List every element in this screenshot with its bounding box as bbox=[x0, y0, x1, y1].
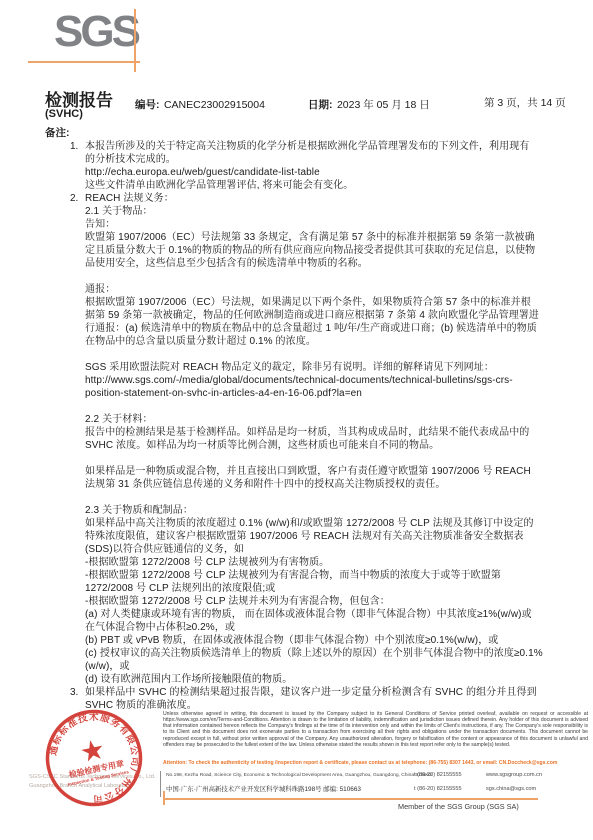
note-item: 3.如果样品中 SVHC 的检测结果超过报告限，建议客户进一步定量分析检测含有 … bbox=[70, 686, 582, 712]
note-line: 在物品中的总含量以质量分数计超过 0.1% 的浓度。 bbox=[85, 335, 582, 348]
note-line: (c) 授权审议的高关注物质候选清单上的物质（除上述以外的原因）在个别非气体混合… bbox=[85, 647, 582, 660]
note-line: position-statement-on-svhc-in-articles-a… bbox=[85, 387, 582, 400]
note-line: 根据欧盟第 1907/2006（EC）号法规，如果满足以下两个条件，如果物质符合… bbox=[85, 296, 582, 309]
note-line: 定且质量分数大于 0.1%的物质的物品的所有供应商应向物品接受者提供其可获取的充… bbox=[85, 244, 582, 257]
phone-number-1: t (86-20) 82155555 bbox=[414, 772, 486, 778]
logo-vertical-line bbox=[134, 9, 136, 72]
report-number-label: 编号: bbox=[135, 99, 160, 111]
note-line: (a) 对人类健康或环境有害的物质， 而在固体或液体混合物（即非气体混合物）中其… bbox=[85, 608, 582, 621]
note-number: 1. bbox=[70, 140, 85, 192]
footer-horizontal-line bbox=[163, 798, 538, 800]
member-text: Member of the SGS Group (SGS SA) bbox=[398, 802, 519, 811]
note-line: 在气体混合物中占体积≥0.2%，或 bbox=[85, 621, 582, 634]
note-line bbox=[85, 270, 582, 283]
note-line: 如果样品是一种物质或混合物，并且直接出口到欧盟，客户有责任遵守欧盟第 1907/… bbox=[85, 465, 582, 478]
address-divider bbox=[160, 771, 161, 797]
note-line: REACH 法规义务： bbox=[85, 192, 582, 205]
notes-label: 备注: bbox=[45, 125, 70, 140]
note-line: 通报： bbox=[85, 283, 582, 296]
note-item: 2.REACH 法规义务：2.1 关于物品：告知：欧盟第 1907/2006（E… bbox=[70, 192, 582, 686]
sgs-logo: SGS bbox=[54, 10, 138, 54]
note-body: REACH 法规义务：2.1 关于物品：告知：欧盟第 1907/2006（EC）… bbox=[85, 192, 582, 686]
note-line: SGS 采用欧盟法院对 REACH 物品定义的裁定，除非另有说明。详细的解释请见… bbox=[85, 361, 582, 374]
address-row-en: No.198, Kezhu Road, Science City, Econom… bbox=[166, 772, 588, 778]
address-row-cn: 中国·广东·广州高新技术产业开发区科学城科珠路198号 邮编: 510663 t… bbox=[166, 784, 588, 793]
report-date-label: 日期: bbox=[308, 99, 333, 111]
note-line: http://www.sgs.com/-/media/global/docume… bbox=[85, 374, 582, 387]
note-number: 2. bbox=[70, 192, 85, 686]
note-body: 如果样品中 SVHC 的检测结果超过报告限，建议客户进一步定量分析检测含有 SV… bbox=[85, 686, 582, 712]
footer-vertical-tick bbox=[163, 791, 165, 805]
report-number: 编号: CANEC23002915004 bbox=[135, 95, 265, 113]
note-line bbox=[85, 348, 582, 361]
report-date-value: 2023 年 05 月 18 日 bbox=[337, 99, 430, 111]
note-line: 2.1 关于物品： bbox=[85, 205, 582, 218]
note-line bbox=[85, 491, 582, 504]
notes-list: 1.本报告所涉及的关于特定高关注物质的化学分析是根据欧洲化学品管理署发布的下列文… bbox=[70, 140, 582, 712]
note-line: 欧盟第 1907/2006（EC）号法规第 33 条规定，含有满足第 57 条中… bbox=[85, 231, 582, 244]
page-indicator: 第 3 页，共 14 页 bbox=[484, 95, 566, 110]
note-item: 1.本报告所涉及的关于特定高关注物质的化学分析是根据欧洲化学品管理署发布的下列文… bbox=[70, 140, 582, 192]
note-line: 法规第 31 条供应链信息传递的义务和附件十四中的授权高关注物质授权的责任。 bbox=[85, 478, 582, 491]
legal-disclaimer: Unless otherwise agreed in writing, this… bbox=[163, 711, 588, 748]
note-line: -根据欧盟第 1272/2008 号 CLP 法规被列为有害物质。 bbox=[85, 556, 582, 569]
address-chinese: 中国·广东·广州高新技术产业开发区科学城科珠路198号 邮编: 510663 bbox=[166, 784, 414, 793]
note-line: -根据欧盟第 1272/2008 号 CLP 法规并未列为有害混合物，但包含： bbox=[85, 595, 582, 608]
note-line: 行通报：(a) 候选清单中的物质在物品中的总含量超过 1 吨/年/生产商或进口商… bbox=[85, 322, 582, 335]
note-line bbox=[85, 400, 582, 413]
note-line: 报告中的检测结果是基于检测样品。如样品是均一材质，当其构成成品时，此结果不能代表… bbox=[85, 426, 582, 439]
note-line: 的分析技术完成的。 bbox=[85, 153, 582, 166]
page-subtitle: (SVHC) bbox=[45, 108, 83, 120]
inspection-stamp: 通标标准技术服务有限公司广州分公司 ★ 检验检测专用章 Inspection &… bbox=[35, 699, 154, 818]
website-url: www.sgsgroup.com.cn bbox=[486, 772, 542, 778]
attention-notice: Attention: To check the authenticity of … bbox=[163, 760, 588, 766]
note-line: (d) 设有欧洲范围内工作场所接触限值的物质。 bbox=[85, 673, 582, 686]
note-line: (SDS)以符合供应链通信的义务，如 bbox=[85, 543, 582, 556]
note-line: (w/w)，或 bbox=[85, 660, 582, 673]
note-line: 告知： bbox=[85, 218, 582, 231]
note-line: (b) PBT 或 vPvB 物质，在固体或液体混合物（即非气体混合物）中个别浓… bbox=[85, 634, 582, 647]
report-number-value: CANEC23002915004 bbox=[164, 99, 265, 111]
note-line: 如果样品中高关注物质的浓度超过 0.1% (w/w)和/或欧盟第 1272/20… bbox=[85, 517, 582, 530]
note-line: 2.2 关于材料： bbox=[85, 413, 582, 426]
note-line: 如果样品中 SVHC 的检测结果超过报告限，建议客户进一步定量分析检测含有 SV… bbox=[85, 686, 582, 699]
note-line: -根据欧盟第 1272/2008 号 CLP 法规被列为有害混合物，而当中物质的… bbox=[85, 569, 582, 582]
address-english: No.198, Kezhu Road, Science City, Econom… bbox=[166, 773, 414, 778]
note-line bbox=[85, 452, 582, 465]
note-line: 1272/2008 号 CLP 法规列出的浓度限值;或 bbox=[85, 582, 582, 595]
note-body: 本报告所涉及的关于特定高关注物质的化学分析是根据欧洲化学品管理署发布的下列文件，… bbox=[85, 140, 582, 192]
note-line: 据第 59 条第一款被确定，物品的任何欧洲制造商或进口商应根据第 7 条第 4 … bbox=[85, 309, 582, 322]
phone-number-2: t (86-20) 82155555 bbox=[414, 786, 486, 792]
email-address: sgs.china@sgs.com bbox=[486, 786, 536, 792]
note-line: 品使用安全，这些信息至少包括含有的候选清单中物质的名称。 bbox=[85, 257, 582, 270]
report-page: SGS 检测报告 (SVHC) 编号: CANEC23002915004 日期:… bbox=[0, 0, 593, 840]
note-line: 这些文件清单由欧洲化学品管理署评估, 将来可能会有变化。 bbox=[85, 179, 582, 192]
note-line: SVHC 浓度。如样品为均一材质等比例合测，这些材质也可能来自不同的物品。 bbox=[85, 439, 582, 452]
note-line: 2.3 关于物质和配制品： bbox=[85, 504, 582, 517]
note-line: 本报告所涉及的关于特定高关注物质的化学分析是根据欧洲化学品管理署发布的下列文件，… bbox=[85, 140, 582, 153]
logo-horizontal-line bbox=[28, 61, 140, 63]
note-line: http://echa.europa.eu/web/guest/candidat… bbox=[85, 166, 582, 179]
report-date: 日期: 2023 年 05 月 18 日 bbox=[308, 95, 430, 113]
note-line: 特殊浓度限值，建议客户根据欧盟第 1907/2006 号 REACH 法规对有关… bbox=[85, 530, 582, 543]
